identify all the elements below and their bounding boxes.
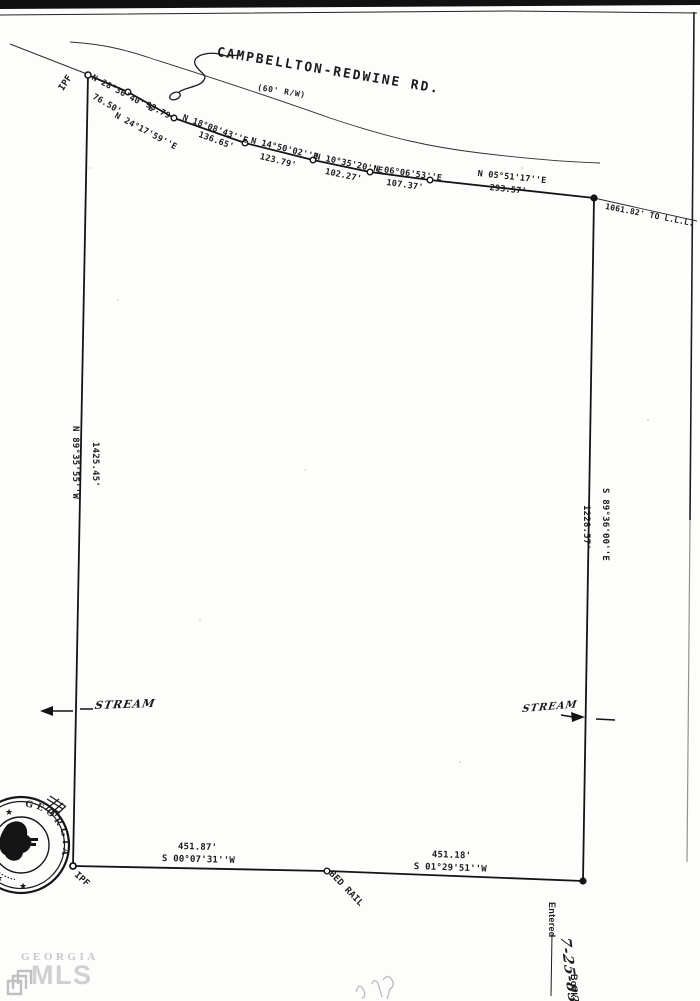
road-edge-extension xyxy=(10,44,87,74)
east-bearing-label: S 89°36'00''E xyxy=(600,488,609,561)
right-border-line xyxy=(690,12,694,520)
seal-tiny-text-mark xyxy=(28,838,38,841)
south-seg1-bearing: S 00°07'31''W xyxy=(162,855,235,866)
watermark-mls-text: MLS xyxy=(31,962,93,989)
left-stream-arrow xyxy=(40,706,93,716)
scan-specks xyxy=(89,167,649,763)
svg-text:★: ★ xyxy=(5,808,13,818)
book-label: Book, xyxy=(569,974,578,1001)
right-stream-arrow xyxy=(561,712,615,722)
road-label-leader-loop xyxy=(169,91,182,102)
parcel-boundary xyxy=(73,75,594,881)
west-bearing-label: N 89°35'55''W xyxy=(70,426,79,499)
left-stream-label: STREAM xyxy=(94,698,156,711)
south-seg1-distance: 451.87' xyxy=(178,843,218,853)
east-distance-label: 1228.57' xyxy=(581,505,590,550)
top-scan-border xyxy=(0,0,700,9)
seal-tiny-text-mark xyxy=(28,843,36,846)
svg-text:★: ★ xyxy=(19,882,27,892)
svg-text:★: ★ xyxy=(0,874,3,884)
entered-underline xyxy=(551,934,552,996)
seal-center-emblem xyxy=(0,821,31,860)
west-distance-label: 1425.45' xyxy=(90,442,99,487)
mls-logo-icon xyxy=(8,971,31,994)
top-border-line xyxy=(0,11,697,15)
right-border-line-fade xyxy=(687,520,690,862)
survey-plat-scan: GEORGIA ★ ★ ★ ★ ★ xyxy=(0,0,700,1001)
entered-label: Entered xyxy=(547,902,556,938)
south-seg2-distance: 451.18' xyxy=(432,851,472,861)
plat-linework: GEORGIA ★ ★ ★ ★ ★ xyxy=(0,0,700,1001)
faint-scribble xyxy=(356,977,393,1000)
